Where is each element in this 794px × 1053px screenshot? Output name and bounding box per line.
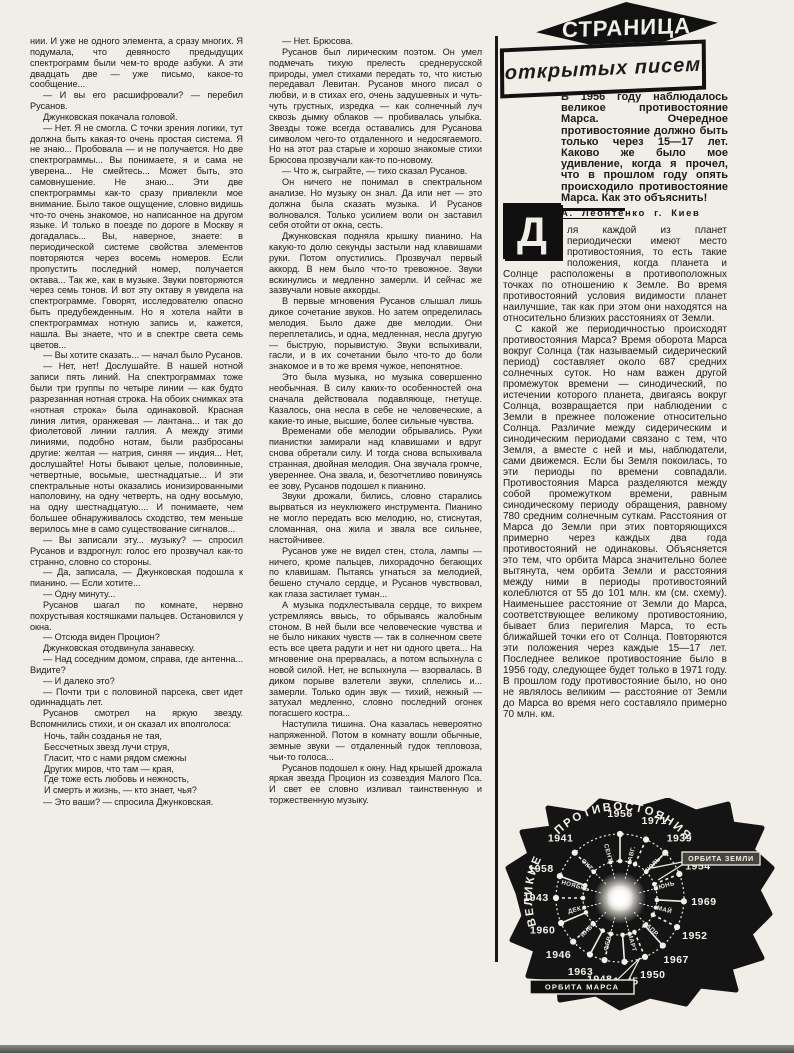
opposition-year-label: 1969 <box>691 896 716 908</box>
story-paragraph: Русанов уже не видел стен, стола, лампы … <box>269 546 482 600</box>
letter-intro: В 1956 году наблюдалось великое противос… <box>561 92 728 204</box>
column-divider <box>495 36 498 962</box>
opposition-year-label: 1960 <box>530 925 555 937</box>
scan-edge-shadow <box>0 1045 794 1053</box>
story-paragraph: Русанов был лирическим поэтом. Он умел п… <box>269 47 482 166</box>
dropcap-letter: Д <box>503 203 561 259</box>
earth-orbit-label: ОРБИТА ЗЕМЛИ <box>688 854 754 863</box>
letter-paragraph: Для каждой из планет периодически имеют … <box>503 225 727 324</box>
story-paragraph: — Почти три с половиной парсека, свет ид… <box>30 687 243 709</box>
story-paragraph: Русанов подошел к окну. Над крышей дрожа… <box>269 763 482 806</box>
sun-icon <box>610 888 630 908</box>
poem-line: Бессчетных звезд лучи струя, <box>44 742 243 753</box>
letter-paragraph: С какой же периодичностью происходят про… <box>503 324 727 720</box>
story-paragraph: Это была музыка, но музыка совершенно не… <box>269 372 482 426</box>
story-paragraph: — Отсюда виден Процион? <box>30 632 243 643</box>
story-paragraph: — Одну минуту... <box>30 589 243 600</box>
opposition-year-label: 1967 <box>664 954 689 966</box>
poem-line: Где тоже есть любовь и нежность, <box>44 774 243 785</box>
story-paragraph: А музыка подхлестывала сердце, то вихрем… <box>269 600 482 719</box>
story-paragraph: — Да, записала, — Джунковская подошла к … <box>30 567 243 589</box>
story-paragraph: Русанов смотрел на яркую звезду. Вспомни… <box>30 708 243 730</box>
masthead-title: СТРАНИЦА <box>562 13 691 44</box>
story-paragraph: Русанов шагал по комнате, нервно похруст… <box>30 600 243 633</box>
opposition-year-label: 1952 <box>682 930 707 942</box>
story-paragraph: — Это ваши? — спросила Джунковская. <box>30 797 243 808</box>
magazine-page: нии. И уже не одного элемента, а сразу м… <box>0 0 794 1053</box>
story-paragraph: — И вы его расшифровали? — перебил Русан… <box>30 90 243 112</box>
story-paragraph: — Вы хотите сказать... — начал было Руса… <box>30 350 243 361</box>
story-paragraph: — И далеко это? <box>30 676 243 687</box>
story-paragraph: — Нет. Брюсова. <box>269 36 482 47</box>
opposition-year-label: 1963 <box>568 966 593 978</box>
story-paragraph: Джунковская покачала головой. <box>30 112 243 123</box>
story-paragraph: — Над соседним домом, справа, где антенн… <box>30 654 243 676</box>
story-paragraph: В первые мгновения Русанов слышал лишь д… <box>269 296 482 372</box>
dropcap: Д <box>503 225 567 259</box>
mars-orbit-label: ОРБИТА МАРСА <box>545 983 619 992</box>
story-paragraph: — Что ж, сыграйте, — тихо сказал Русанов… <box>269 166 482 177</box>
oppositions-diagram-svg: ЯНВ.ФЕВ.МАРТАПР.МАЙИЮНЬИЮЛЬАВГ.СЕНТ.ОКТ.… <box>500 798 792 1013</box>
masthead-subtitle: открытых писем <box>505 53 701 85</box>
opposition-year-label: 1950 <box>640 969 665 981</box>
letter-column: В 1956 году наблюдалось великое противос… <box>503 92 727 720</box>
story-paragraph: нии. И уже не одного элемента, а сразу м… <box>30 36 243 90</box>
masthead-subtitle-box: открытых писем <box>500 39 706 98</box>
poem-line: И смерть и жизнь, — кто знает, чья? <box>44 785 243 796</box>
oppositions-diagram: ЯНВ.ФЕВ.МАРТАПР.МАЙИЮНЬИЮЛЬАВГ.СЕНТ.ОКТ.… <box>500 798 792 1013</box>
story-paragraph: Звуки дрожали, бились, словно старались … <box>269 491 482 545</box>
story-paragraph: Временами обе мелодии обрывались. Руки п… <box>269 426 482 491</box>
poem-line: Ночь, тайн созданья не тая, <box>44 731 243 742</box>
story-paragraph: — Нет. Я не смогла. С точки зрения логик… <box>30 123 243 351</box>
story-paragraph: Наступила тишина. Она казалась невероятн… <box>269 719 482 762</box>
story-paragraph: — Вы записали эту... музыку? — спросил Р… <box>30 535 243 568</box>
story-paragraph: Джунковская отодвинула занавеску. <box>30 643 243 654</box>
story-paragraph: Он ничего не понимал в спектральном анал… <box>269 177 482 231</box>
poem: Ночь, тайн созданья не тая,Бессчетных зв… <box>44 731 243 796</box>
story-paragraph: — Нет, нет! Дослушайте. В нашей нотной з… <box>30 361 243 535</box>
opposition-year-label: 1946 <box>546 949 571 961</box>
story-columns: нии. И уже не одного элемента, а сразу м… <box>30 36 482 968</box>
letter-body: Для каждой из планет периодически имеют … <box>503 225 727 720</box>
poem-line: Гласит, что с нами рядом смежны <box>44 753 243 764</box>
poem-line: Других миров, что там — края, <box>44 764 243 775</box>
story-paragraph: Джунковская подняла крышку пианино. На к… <box>269 231 482 296</box>
